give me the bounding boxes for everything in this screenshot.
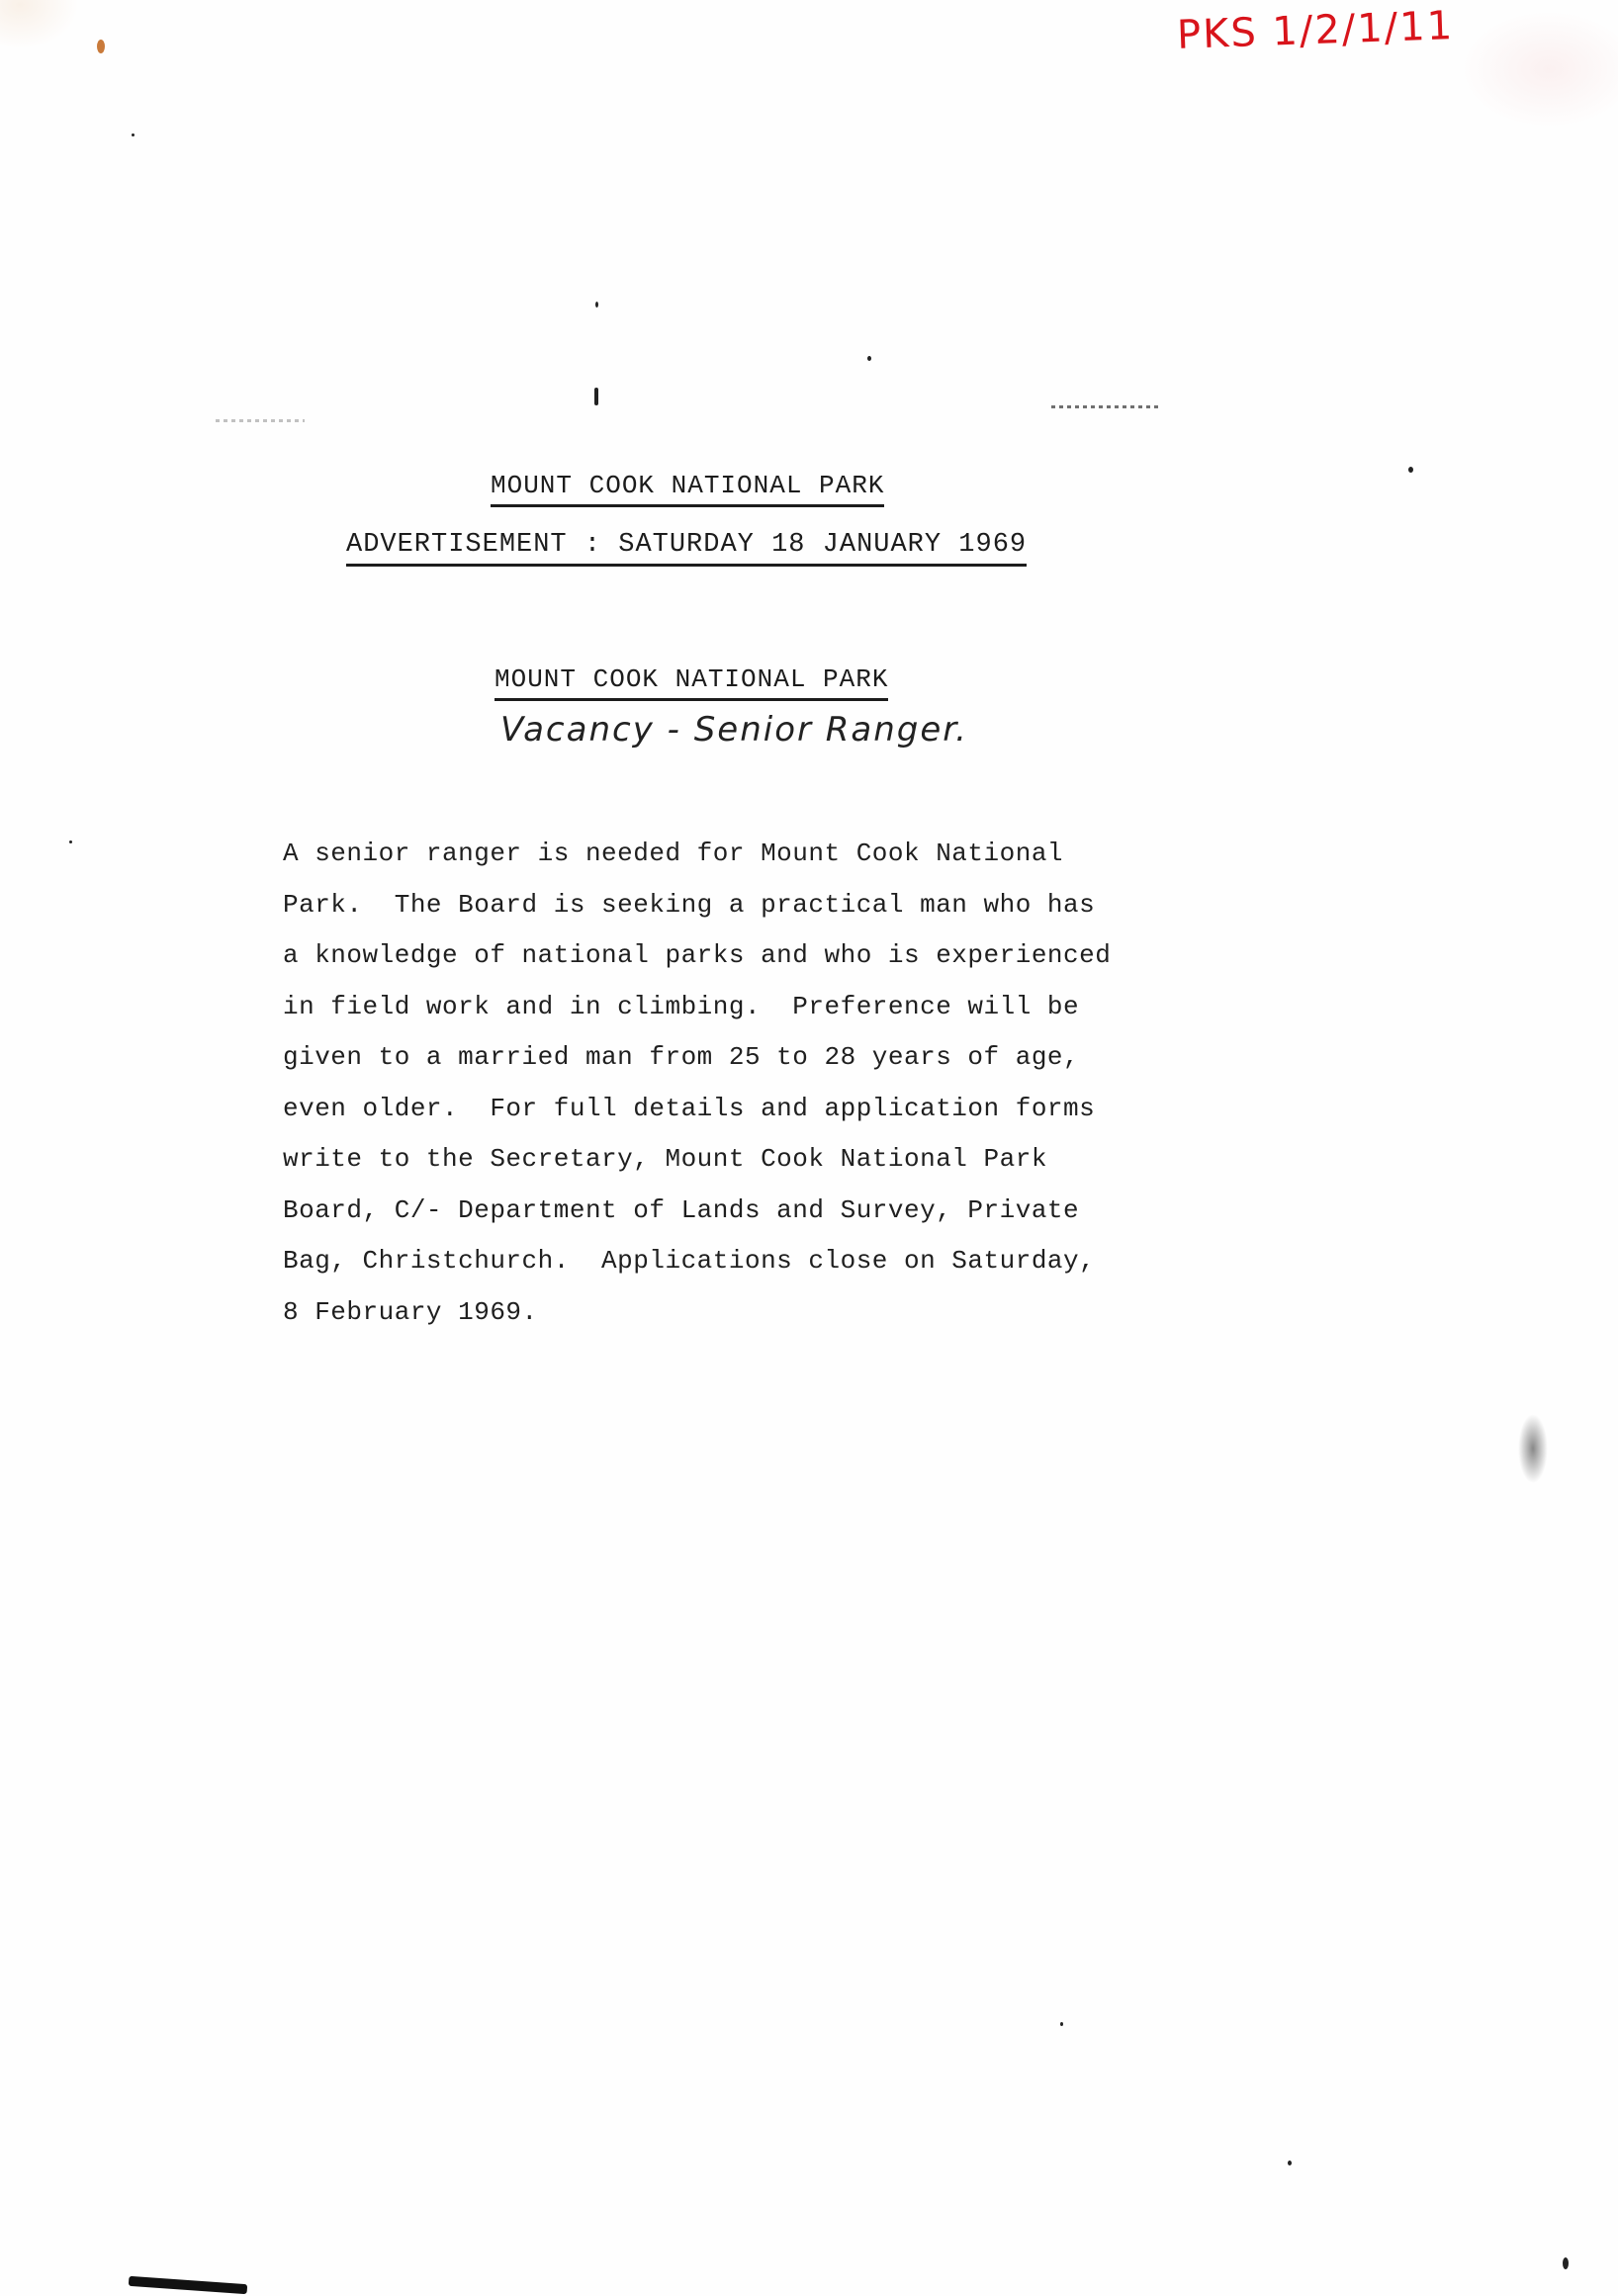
body-line: A senior ranger is needed for Mount Cook… bbox=[283, 829, 1252, 880]
handwritten-subtitle: Vacancy - Senior Ranger. bbox=[500, 710, 968, 750]
scan-speck bbox=[594, 388, 598, 405]
document-page: PKS 1/2/1/11 MOUNT COOK NATIONAL PARK AD… bbox=[0, 0, 1618, 2296]
paper-stain bbox=[0, 0, 79, 49]
paper-stain bbox=[1460, 10, 1618, 129]
body-line: Bag, Christchurch. Applications close on… bbox=[283, 1236, 1252, 1287]
title-heading: MOUNT COOK NATIONAL PARK bbox=[491, 471, 884, 500]
ad-title-heading: MOUNT COOK NATIONAL PARK bbox=[494, 664, 888, 694]
advertisement-date-text: ADVERTISEMENT : SATURDAY 18 JANUARY 1969 bbox=[346, 530, 1027, 567]
body-line: Board, C/- Department of Lands and Surve… bbox=[283, 1186, 1252, 1237]
scan-speck bbox=[97, 40, 105, 53]
reference-mark: PKS 1/2/1/11 bbox=[1176, 3, 1455, 58]
scan-speck bbox=[1563, 2257, 1569, 2269]
advertisement-body: A senior ranger is needed for Mount Cook… bbox=[283, 829, 1252, 1338]
advertisement-date-heading: ADVERTISEMENT : SATURDAY 18 JANUARY 1969 bbox=[346, 530, 1027, 560]
scan-speck bbox=[1408, 467, 1413, 473]
scan-speck bbox=[132, 133, 135, 136]
body-line: write to the Secretary, Mount Cook Natio… bbox=[283, 1134, 1252, 1186]
ad-title-text: MOUNT COOK NATIONAL PARK bbox=[494, 664, 888, 701]
scan-artifact bbox=[1051, 405, 1162, 408]
scan-speck bbox=[69, 840, 72, 843]
body-line: a knowledge of national parks and who is… bbox=[283, 930, 1252, 982]
title-heading-text: MOUNT COOK NATIONAL PARK bbox=[491, 471, 884, 507]
scan-artifact bbox=[1518, 1414, 1548, 1483]
scan-artifact bbox=[129, 2276, 247, 2294]
body-line: even older. For full details and applica… bbox=[283, 1084, 1252, 1135]
scan-speck bbox=[1288, 2161, 1292, 2165]
body-line: Park. The Board is seeking a practical m… bbox=[283, 880, 1252, 931]
scan-speck bbox=[1060, 2022, 1063, 2026]
body-line: given to a married man from 25 to 28 yea… bbox=[283, 1032, 1252, 1084]
scan-artifact bbox=[216, 419, 305, 422]
body-line: in field work and in climbing. Preferenc… bbox=[283, 982, 1252, 1033]
scan-speck bbox=[595, 302, 598, 308]
scan-speck bbox=[867, 356, 871, 361]
body-line: 8 February 1969. bbox=[283, 1287, 1252, 1339]
